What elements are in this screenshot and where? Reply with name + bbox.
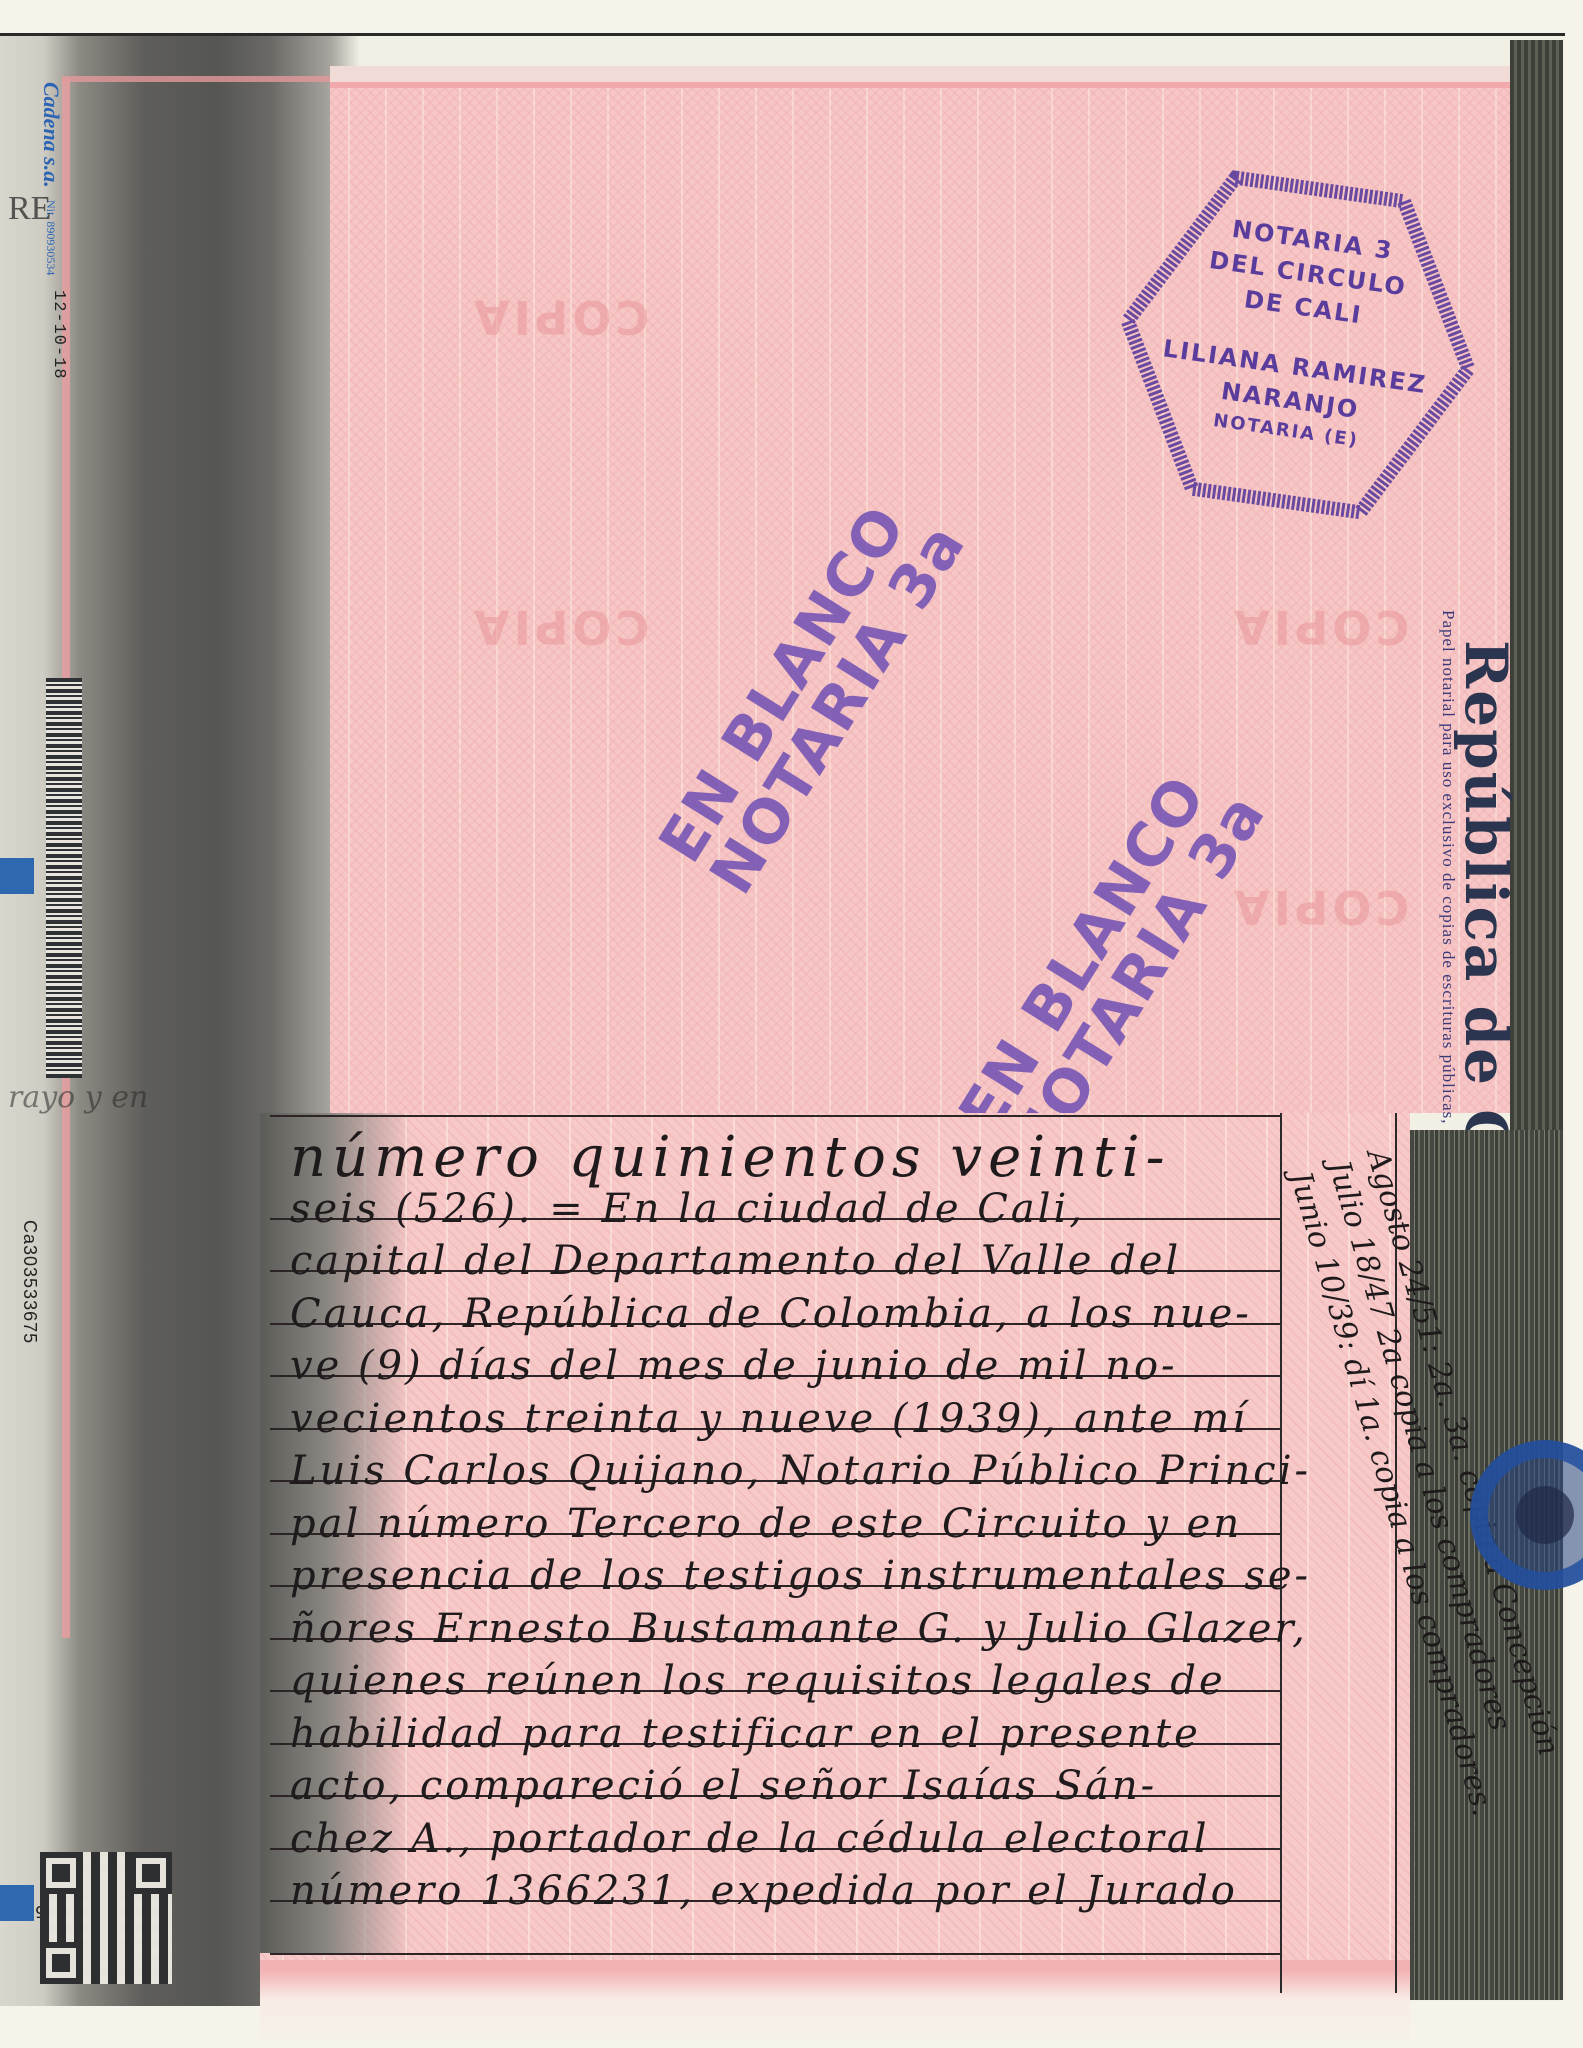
serial-number: Ca303533675 [19,1220,40,1344]
handwritten-line: seis (526). = En la ciudad de Cali, [290,1186,1280,1232]
handwritten-line: acto, compareció el señor Isaías Sán- [290,1763,1280,1809]
handwritten-line: ve (9) días del mes de junio de mil no- [290,1343,1280,1389]
handwritten-line: quienes reúnen los requisitos legales de [290,1658,1280,1704]
copia-watermark: COPIA [470,600,649,654]
pink-top-rule [62,76,362,82]
printer-brand: Cadena s.a. [38,82,64,188]
handwritten-line: número quinientos veinti- [290,1125,1280,1190]
handwritten-line: ñores Ernesto Bustamante G. y Julio Glaz… [290,1606,1280,1652]
handwritten-line: Luis Carlos Quijano, Notario Público Pri… [290,1448,1280,1494]
copia-watermark: COPIA [1230,600,1409,654]
handwritten-line: presencia de los testigos instrumentales… [290,1553,1280,1599]
copia-watermark: COPIA [470,290,649,344]
blue-index-tab [0,1885,34,1921]
blue-index-tab [0,858,34,894]
handwritten-line: capital del Departamento del Valle del [290,1238,1280,1284]
notary-hexagon-stamp: NOTARIA 3 DEL CIRCULO DE CALI LILIANA RA… [1097,157,1499,534]
barcode [46,678,82,1078]
ghost-handwriting: rayo y en [8,1080,148,1115]
qr-code [40,1852,172,1984]
ruled-line [270,1953,1280,1955]
handwritten-line: vecientos treinta y nueve (1939), ante m… [290,1396,1280,1442]
handwritten-line: habilidad para testificar en el presente [290,1711,1280,1757]
handwritten-line: chez A., portador de la cédula electoral [290,1816,1280,1862]
handwritten-line: pal número Tercero de este Circuito y en [290,1501,1280,1547]
paper-bottom-edge [260,1960,1410,2040]
handwritten-line: número 1366231, expedida por el Jurado [290,1868,1280,1914]
ruled-line [270,1115,1280,1117]
paper-top-band [330,66,1510,88]
copia-watermark: COPIA [1230,880,1409,934]
handwritten-line: Cauca, República de Colombia, a los nue- [290,1291,1280,1337]
printer-date: 12-10-18 [49,290,68,380]
ghost-letters: RE [8,190,51,228]
